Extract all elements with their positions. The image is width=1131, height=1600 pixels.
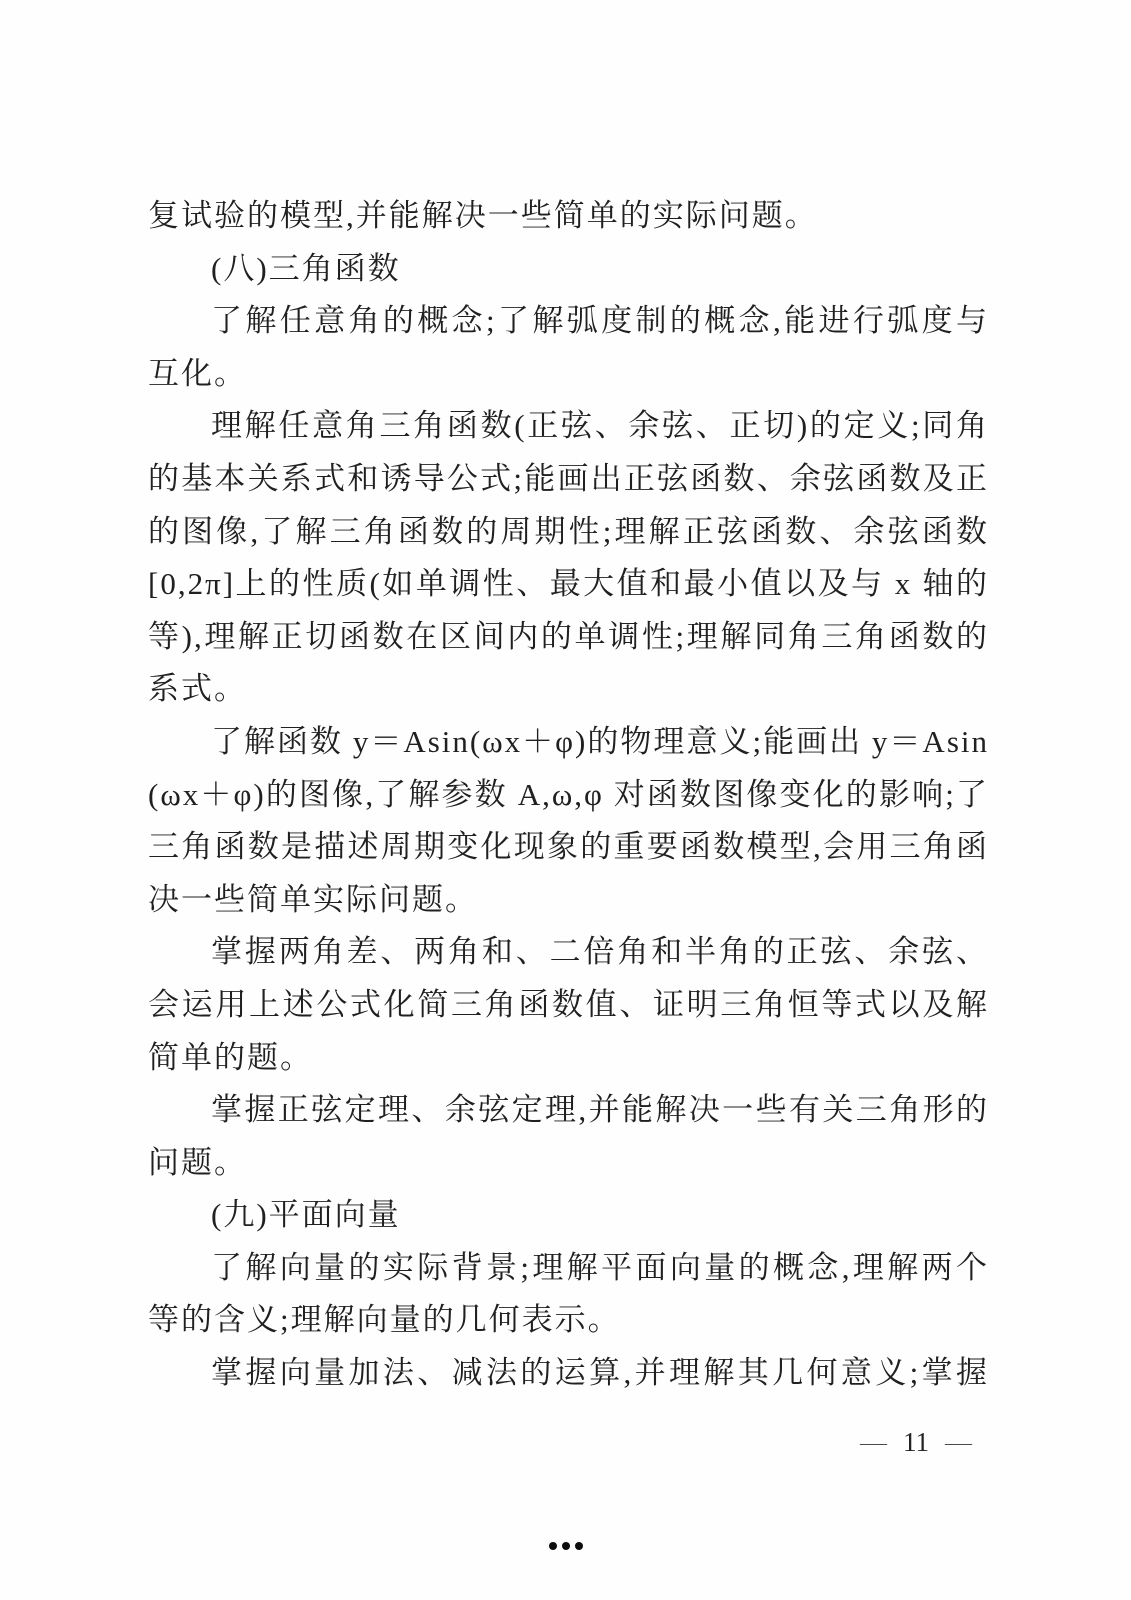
text-line: (ωx＋φ)的图像,了解参数 A,ω,φ 对函数图像变化的影响;了解 — [148, 769, 989, 822]
page-number-footer: — 11 — — [836, 1424, 996, 1460]
text-line: 了解任意角的概念;了解弧度制的概念,能进行弧度与角度的 — [148, 295, 989, 348]
pager-dot — [575, 1542, 583, 1550]
text-line: 等的含义;理解向量的几何表示。 — [148, 1294, 989, 1347]
text-line: 会运用上述公式化简三角函数值、证明三角恒等式以及解决一些 — [148, 979, 989, 1032]
text-line: 的图像,了解三角函数的周期性;理解正弦函数、余弦函数在区间 — [148, 506, 989, 559]
text-line: 的基本关系式和诱导公式;能画出正弦函数、余弦函数及正切函数 — [148, 453, 989, 506]
text-line: 了解向量的实际背景;理解平面向量的概念,理解两个向量相 — [148, 1242, 989, 1295]
footer-right-dash: — — [945, 1430, 972, 1455]
text-line: 决一些简单实际问题。 — [148, 874, 989, 927]
text-line: (九)平面向量 — [148, 1189, 989, 1242]
text-line: 理解任意角三角函数(正弦、余弦、正切)的定义;同角三角函数 — [148, 400, 989, 453]
footer-left-dash: — — [860, 1430, 887, 1455]
text-line: 了解函数 y＝Asin(ωx＋φ)的物理意义;能画出 y＝Asin — [148, 716, 989, 769]
text-line: 等),理解正切函数在区间内的单调性;理解同角三角函数的基本关 — [148, 611, 989, 664]
text-line: [0,2π]上的性质(如单调性、最大值和最小值以及与 x 轴的交点 — [148, 558, 989, 611]
text-line: 复试验的模型,并能解决一些简单的实际问题。 — [148, 190, 989, 243]
text-line: 系式。 — [148, 663, 989, 716]
page-number: 11 — [903, 1427, 929, 1458]
text-line: 掌握向量加法、减法的运算,并理解其几何意义;掌握向量数 — [148, 1347, 989, 1400]
text-line: 简单的题。 — [148, 1032, 989, 1085]
pager-dot — [549, 1542, 557, 1550]
document-page: 复试验的模型,并能解决一些简单的实际问题。(八)三角函数了解任意角的概念;了解弧… — [0, 0, 1131, 1600]
document-body-text: 复试验的模型,并能解决一些简单的实际问题。(八)三角函数了解任意角的概念;了解弧… — [148, 190, 989, 1400]
text-line: 问题。 — [148, 1137, 989, 1190]
text-line: (八)三角函数 — [148, 243, 989, 296]
text-line: 三角函数是描述周期变化现象的重要函数模型,会用三角函数解 — [148, 821, 989, 874]
text-line: 掌握两角差、两角和、二倍角和半角的正弦、余弦、正切公式, — [148, 926, 989, 979]
text-line: 互化。 — [148, 348, 989, 401]
pager-dots-indicator[interactable] — [0, 1542, 1131, 1550]
text-line: 掌握正弦定理、余弦定理,并能解决一些有关三角形的实际 — [148, 1084, 989, 1137]
pager-dot — [562, 1542, 570, 1550]
